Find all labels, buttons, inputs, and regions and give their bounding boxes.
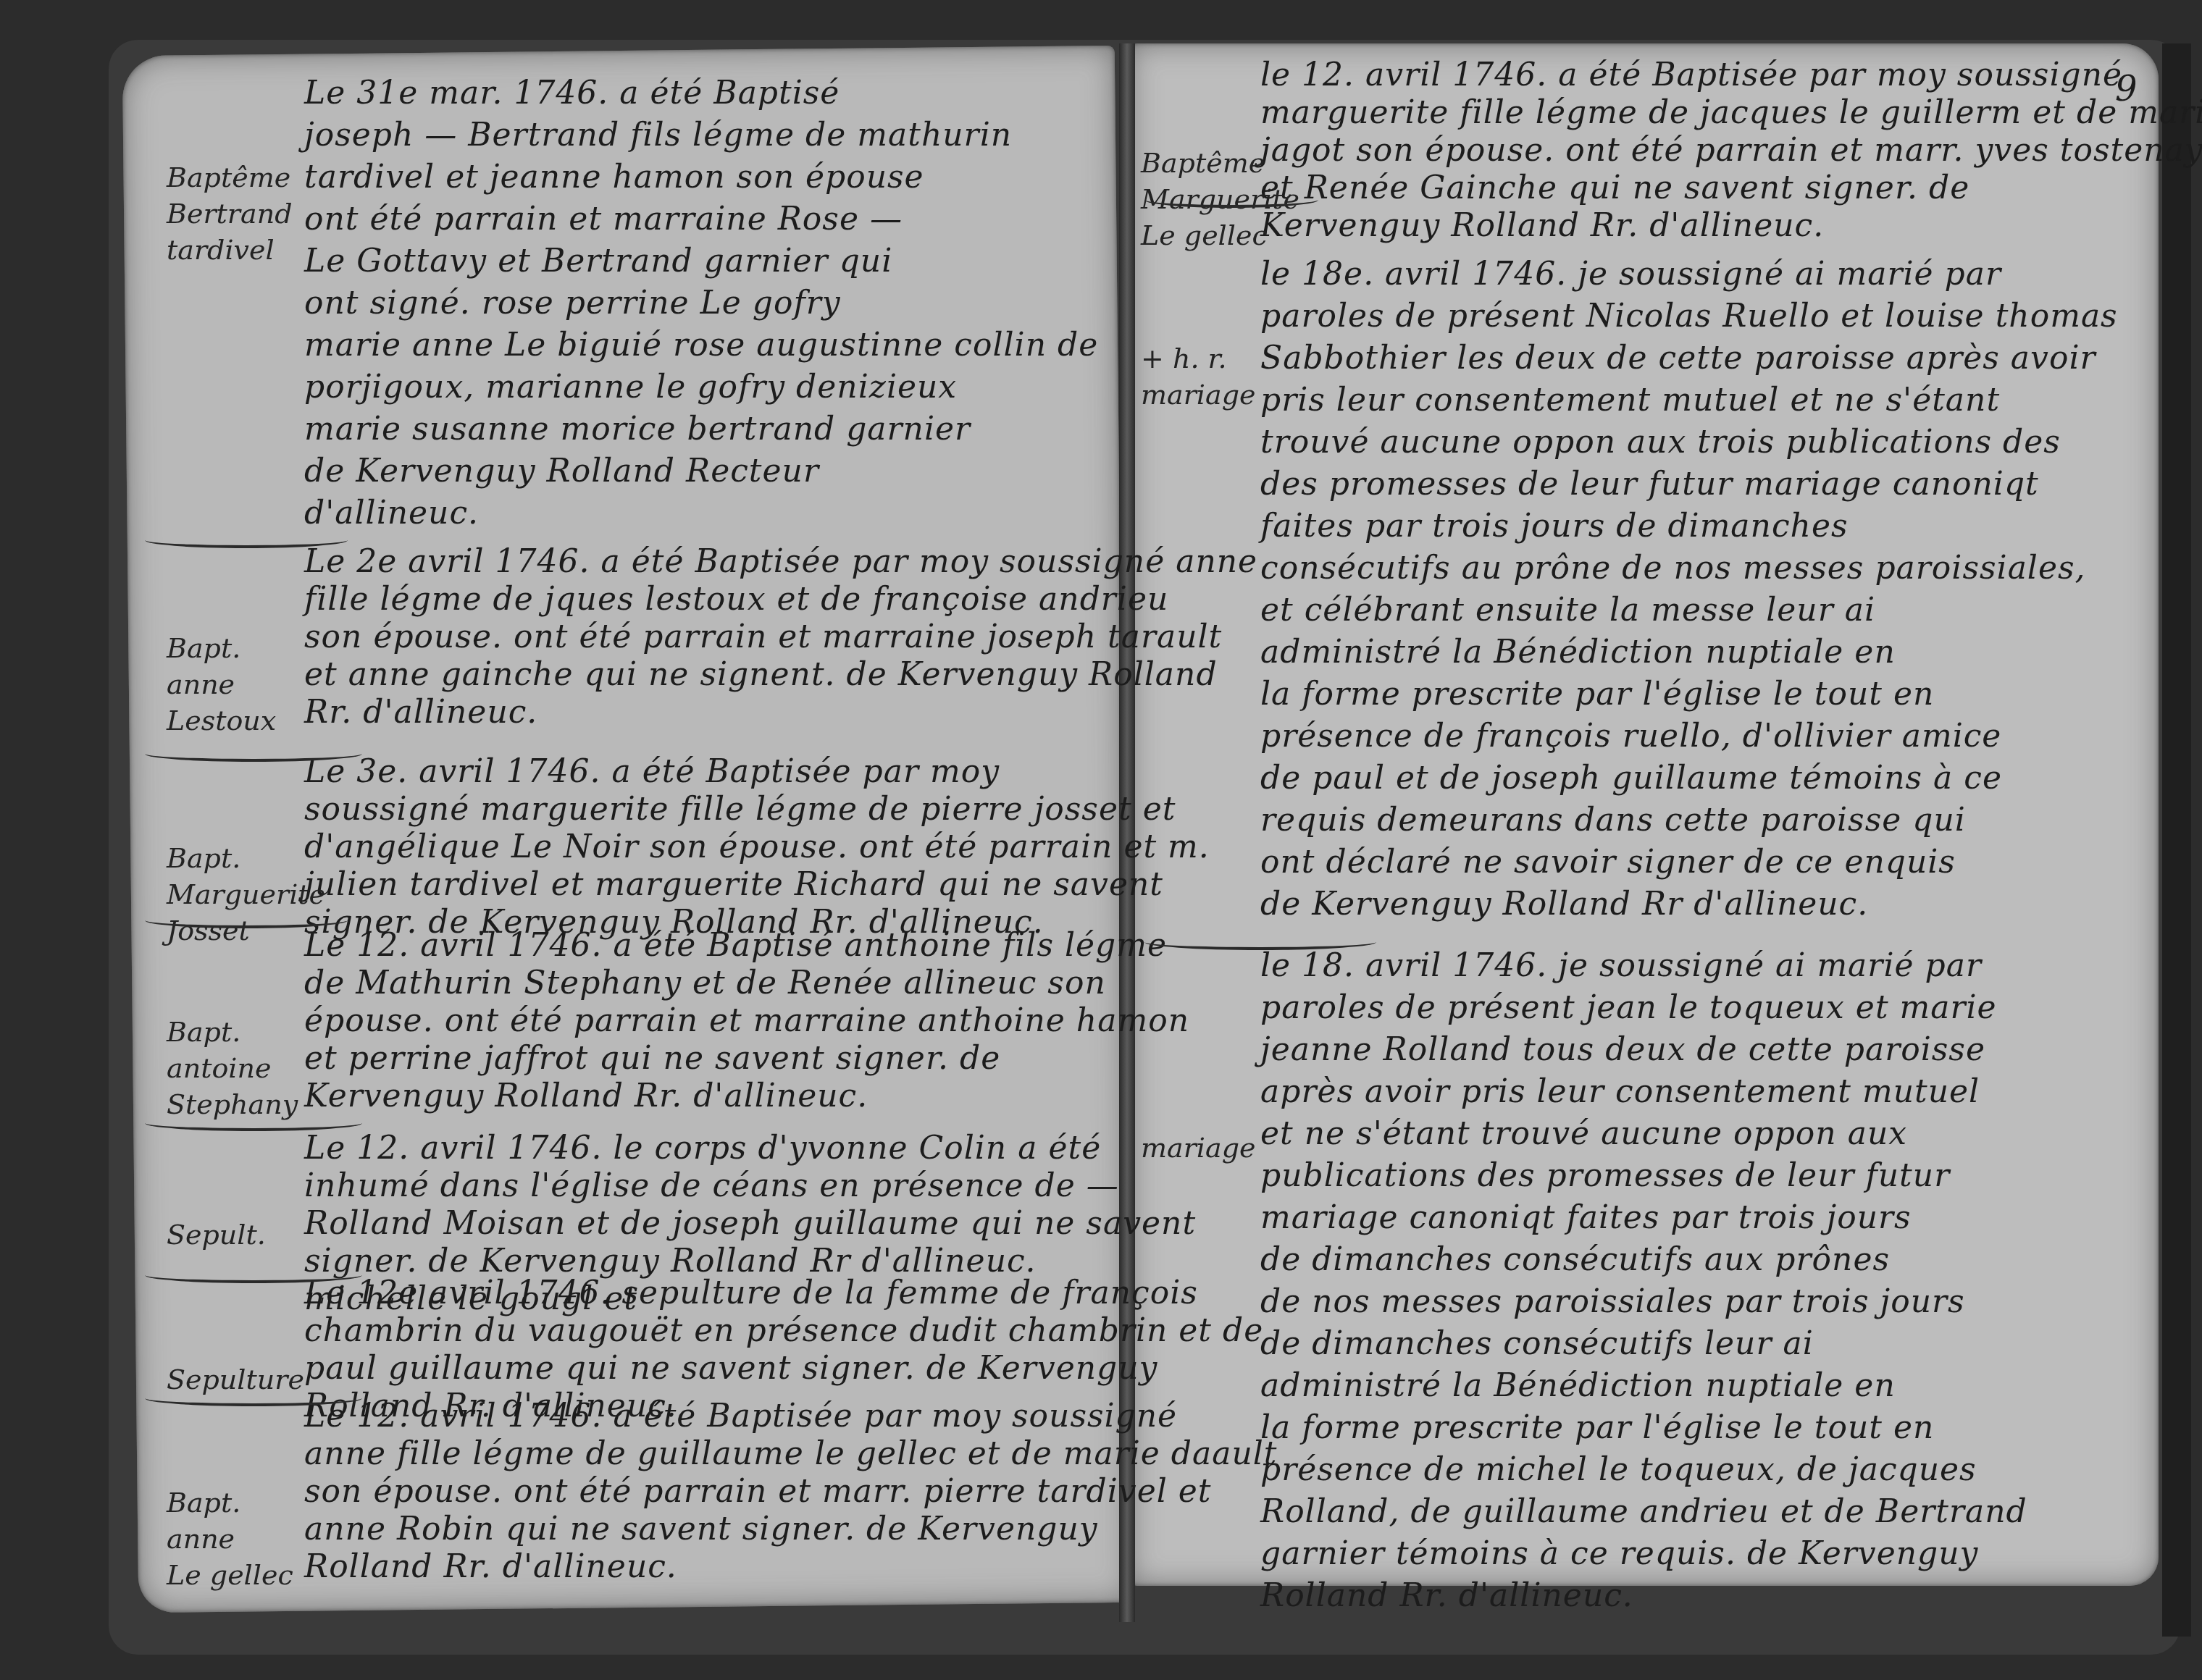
entry-line: après avoir pris leur consentement mutue… [1260,1071,2027,1113]
register-entry: Le 12. avril 1746. a été Baptisée par mo… [304,1398,1278,1586]
entry-line: administré la Bénédiction nuptiale en [1260,1365,2027,1407]
entry-line: publications des promesses de leur futur [1260,1155,2027,1197]
entry-line: Le 12. avril 1746. a été Baptisé anthoin… [304,927,1189,965]
entry-line: requis demeurans dans cette paroisse qui [1260,799,2118,841]
margin-annotation: Sepult. [167,1217,266,1253]
entry-line: joseph — Bertrand fils légme de mathurin [304,114,1098,156]
margin-line: Bapt. [167,630,276,666]
register-entry: Le 31e mar. 1746. a été Baptiséjoseph — … [304,72,1098,534]
entry-line: chambrin du vaugouët en présence dudit c… [304,1312,1263,1350]
entry-separator-flourish [145,1267,362,1283]
margin-line: mariage [1141,1130,1255,1166]
entry-line: ont déclaré ne savoir signer de ce enqui… [1260,841,2118,883]
entry-line: Le 2e avril 1746. a été Baptisée par moy… [304,543,1257,581]
entry-line: porjigoux, marianne le gofry denizieux [304,366,1098,408]
entry-line: de Kervenguy Rolland Recteur [304,450,1098,492]
register-entry: le 18. avril 1746. je soussigné ai marié… [1260,945,2027,1617]
entry-line: fille légme de jques lestoux et de franç… [304,581,1257,618]
entry-separator-flourish [145,1390,362,1406]
entry-line: mariage canoniqt faites par trois jours [1260,1197,2027,1239]
margin-line: Le gellec [167,1557,293,1593]
entry-line: anne Robin qui ne savent signer. de Kerv… [304,1511,1278,1548]
entry-line: soussigné marguerite fille légme de pier… [304,791,1210,828]
entry-line: et célébrant ensuite la messe leur ai [1260,589,2118,631]
entry-line: paroles de présent Nicolas Ruello et lou… [1260,295,2118,337]
register-entry: le 12. avril 1746. a été Baptisée par mo… [1260,56,2202,245]
entry-line: anne fille légme de guillaume le gellec … [304,1435,1278,1473]
margin-annotation: + h. r.mariage [1141,340,1255,413]
entry-line: Kervenguy Rolland Rr. d'allineuc. [1260,207,2202,245]
entry-line: de dimanches consécutifs aux prônes [1260,1239,2027,1281]
entry-line: Kervenguy Rolland Rr. d'allineuc. [304,1078,1189,1115]
entry-line: Rolland Rr. d'allineuc. [304,1548,1278,1586]
register-entry: Le 12. avril 1746. a été Baptisé anthoin… [304,927,1189,1115]
margin-annotation: Bapt.anneLe gellec [167,1484,293,1593]
entry-line: Le 31e mar. 1746. a été Baptisé [304,72,1098,114]
entry-line: épouse. ont été parrain et marraine anth… [304,1002,1189,1040]
margin-line: tardivel [167,232,292,268]
entry-line: d'angélique Le Noir son épouse. ont été … [304,828,1210,866]
scan-background-edge [2162,43,2191,1637]
entry-line: garnier témoins à ce requis. de Kervengu… [1260,1533,2027,1575]
entry-line: jeanne Rolland tous deux de cette parois… [1260,1029,2027,1071]
margin-line: + h. r. [1141,340,1255,377]
entry-line: la forme prescrite par l'église le tout … [1260,673,2118,715]
entry-line: administré la Bénédiction nuptiale en [1260,631,2118,673]
margin-line: Bapt. [167,840,325,876]
margin-line: Marguerite [167,876,325,912]
entry-line: d'allineuc. [304,492,1098,534]
entry-line: inhumé dans l'église de céans en présenc… [304,1167,1196,1205]
entry-line: marguerite fille légme de jacques le gui… [1260,94,2202,132]
margin-line: mariage [1141,377,1255,413]
entry-separator-flourish [145,532,348,548]
entry-line: de paul et de joseph guillaume témoins à… [1260,757,2118,799]
margin-line: anne [167,666,276,702]
entry-line: marie susanne morice bertrand garnier [304,408,1098,450]
entry-line: julien tardivel et marguerite Richard qu… [304,866,1210,904]
margin-annotation: Bapt.anneLestoux [167,630,276,739]
margin-line: antoine [167,1050,298,1086]
margin-annotation: mariage [1141,1130,1255,1166]
entry-line: Rolland Moisan et de joseph guillaume qu… [304,1205,1196,1243]
margin-annotation: Bapt.antoineStephany [167,1014,298,1122]
entry-line: de Kervenguy Rolland Rr d'allineuc. [1260,883,2118,925]
entry-line: et Renée Gainche qui ne savent signer. d… [1260,169,2202,207]
margin-line: Baptême [167,159,292,196]
entry-separator-flourish [1144,934,1376,950]
entry-line: son épouse. ont été parrain et marraine … [304,618,1257,656]
entry-line: de nos messes paroissiales par trois jou… [1260,1281,2027,1323]
entry-line: marie anne Le biguié rose augustinne col… [304,324,1098,366]
entry-separator-flourish [145,912,348,928]
entry-line: Rolland Rr. d'allineuc. [1260,1575,2027,1617]
entry-line: et anne gainche qui ne signent. de Kerve… [304,656,1257,694]
register-entry: le 18e. avril 1746. je soussigné ai mari… [1260,253,2118,925]
entry-line: de dimanches consécutifs leur ai [1260,1323,2027,1365]
entry-line: Le 3e. avril 1746. a été Baptisée par mo… [304,753,1210,791]
entry-line: trouvé aucune oppon aux trois publicatio… [1260,421,2118,463]
entry-line: Le 12. avril 1746. a été Baptisée par mo… [304,1398,1278,1435]
margin-line: Bapt. [167,1014,298,1050]
entry-line: ont signé. rose perrine Le gofry [304,282,1098,324]
entry-line: ont été parrain et marraine Rose — [304,198,1098,240]
entry-line: et perrine jaffrot qui ne savent signer.… [304,1040,1189,1078]
entry-line: le 12. avril 1746. a été Baptisée par mo… [1260,56,2202,94]
register-entry: Le 3e. avril 1746. a été Baptisée par mo… [304,753,1210,941]
entry-line: paroles de présent jean le toqueux et ma… [1260,987,2027,1029]
entry-line: le 18e. avril 1746. je soussigné ai mari… [1260,253,2118,295]
register-entry: Le 2e avril 1746. a été Baptisée par moy… [304,543,1257,731]
entry-separator-flourish [1144,192,1318,208]
entry-line: Rolland, de guillaume andrieu et de Bert… [1260,1491,2027,1533]
margin-line: Bertrand [167,196,292,232]
entry-line: Sabbothier les deux de cette paroisse ap… [1260,337,2118,379]
entry-line: faites par trois jours de dimanches [1260,505,2118,547]
entry-line: et ne s'étant trouvé aucune oppon aux [1260,1113,2027,1155]
entry-line: de Mathurin Stephany et de Renée allineu… [304,965,1189,1002]
entry-line: Le Gottavy et Bertrand garnier qui [304,240,1098,282]
entry-line: son épouse. ont été parrain et marr. pie… [304,1473,1278,1511]
margin-line: Sepult. [167,1217,266,1253]
entry-line: consécutifs au prône de nos messes paroi… [1260,547,2118,589]
entry-separator-flourish [145,1115,362,1131]
entry-line: des promesses de leur futur mariage cano… [1260,463,2118,505]
margin-line: anne [167,1521,293,1557]
entry-separator-flourish [145,746,362,762]
entry-line: Rr. d'allineuc. [304,694,1257,731]
margin-line: Le gellec [1141,217,1299,253]
margin-line: Bapt. [167,1484,293,1521]
entry-line: Le 12e avril 1746. sepulture de la femme… [304,1274,1263,1312]
entry-line: tardivel et jeanne hamon son épouse [304,156,1098,198]
entry-line: le 18. avril 1746. je soussigné ai marié… [1260,945,2027,987]
entry-line: la forme prescrite par l'église le tout … [1260,1407,2027,1449]
margin-line: Baptême [1141,145,1299,181]
entry-line: jagot son épouse. ont été parrain et mar… [1260,132,2202,169]
entry-line: paul guillaume qui ne savent signer. de … [304,1350,1263,1387]
entry-line: pris leur consentement mutuel et ne s'ét… [1260,379,2118,421]
margin-line: Lestoux [167,702,276,739]
margin-annotation: Bapt.MargueriteJosset [167,840,325,949]
entry-line: présence de michel le toqueux, de jacque… [1260,1449,2027,1491]
entry-line: présence de françois ruello, d'ollivier … [1260,715,2118,757]
entry-line: Le 12. avril 1746. le corps d'yvonne Col… [304,1130,1196,1167]
margin-annotation: BaptêmeBertrandtardivel [167,159,292,268]
